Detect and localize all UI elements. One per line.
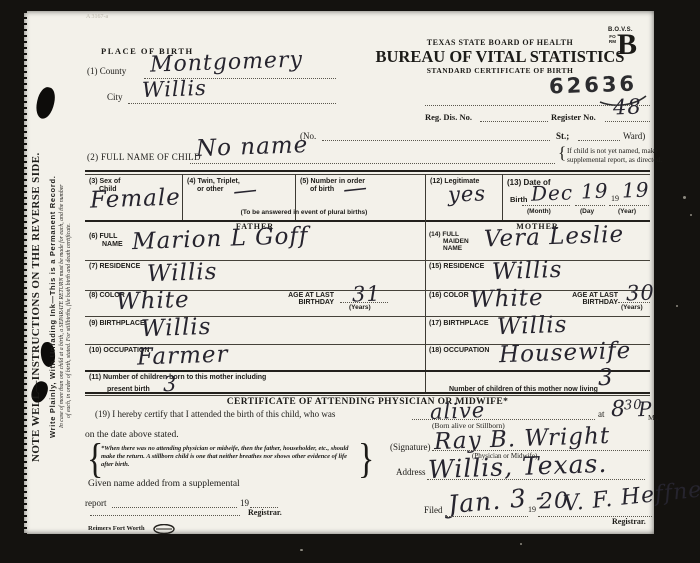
margin-note-reverse-side: NOTE WELL—INSTRUCTIONS ON THE REVERSE SI… bbox=[30, 152, 42, 462]
scan-noise bbox=[676, 305, 678, 307]
margin-note-permanent-record: Write Plainly, With Unfading Ink—This is… bbox=[48, 175, 57, 438]
board-title: TEXAS STATE BOARD OF HEALTH bbox=[365, 38, 635, 47]
cell-divider bbox=[182, 174, 183, 220]
street-ward-label: Ward) bbox=[623, 131, 645, 141]
city-label: City bbox=[107, 92, 123, 102]
registrar-left-label: Registrar. bbox=[248, 508, 282, 517]
father-birthplace-label: (9) BIRTHPLACE bbox=[89, 320, 145, 327]
twin-label-2: or other bbox=[197, 186, 223, 193]
mother-birthplace-label: (17) BIRTHPLACE bbox=[429, 320, 489, 327]
mother-name-label-2: MAIDEN bbox=[443, 238, 469, 245]
unnamed-note-line2: supplemental report, as directed. bbox=[567, 155, 662, 164]
margin-note-separate-return-2: of each, in order of birth, stated. For … bbox=[66, 223, 72, 418]
perforated-edge bbox=[24, 11, 27, 534]
order-label-2: of birth bbox=[310, 186, 334, 193]
mother-name-label-3: NAME bbox=[443, 245, 462, 252]
mother-age-line bbox=[618, 302, 650, 303]
margin-note-separate-return-1: In case of more than one child at a birt… bbox=[59, 184, 65, 428]
child-name-value: No name bbox=[196, 132, 309, 162]
no-physician-note: *When there was no attending physician o… bbox=[101, 445, 357, 469]
scan-noise bbox=[520, 543, 522, 545]
physician-cert-title: CERTIFICATE OF ATTENDING PHYSICIAN OR MI… bbox=[85, 397, 650, 407]
year-line bbox=[609, 205, 649, 206]
day-line bbox=[575, 205, 605, 206]
m-label: M., bbox=[648, 413, 658, 422]
cell-divider bbox=[502, 174, 503, 220]
birth-month-value: Dec bbox=[531, 180, 574, 205]
signature-label: (Signature) bbox=[390, 442, 431, 452]
mother-name-value: Vera Leslie bbox=[484, 222, 625, 253]
father-name-label-2: NAME bbox=[102, 241, 123, 248]
county-label: (1) County bbox=[87, 66, 126, 76]
sex-value: Female bbox=[90, 184, 182, 213]
city-line bbox=[128, 103, 336, 104]
children-living-value: 3 bbox=[598, 365, 615, 392]
father-age-line bbox=[340, 302, 388, 303]
city-value: Willis bbox=[142, 76, 208, 102]
scan-noise bbox=[690, 214, 692, 216]
filed-year-printed: 19 bbox=[528, 505, 536, 514]
father-residence-label: (7) RESIDENCE bbox=[89, 263, 140, 270]
supplemental-line: Given name added from a supplemental bbox=[88, 479, 240, 489]
bureau-title: BUREAU OF VITAL STATISTICS bbox=[365, 47, 635, 67]
twin-value: — bbox=[232, 175, 260, 205]
mother-years-caption: (Years) bbox=[621, 304, 643, 311]
faint-plate-mark: A 3167-a bbox=[86, 14, 108, 20]
father-residence-value: Willis bbox=[147, 259, 218, 287]
printer-credit: Reimers Fort Worth bbox=[88, 525, 145, 532]
report-label: report bbox=[85, 498, 107, 508]
day-caption: (Day bbox=[580, 208, 594, 215]
report-line bbox=[112, 507, 237, 508]
street-ward-line bbox=[578, 140, 620, 141]
year-caption: (Year) bbox=[618, 208, 636, 215]
register-label: Register No. bbox=[551, 112, 596, 122]
report-year-printed: 19 bbox=[240, 498, 249, 508]
rule bbox=[85, 392, 650, 394]
reg-dis-line bbox=[480, 121, 548, 122]
father-occupation-value: Farmer bbox=[137, 341, 229, 370]
born-alive-line bbox=[412, 419, 595, 420]
unnamed-note-line1: If child is not yet named, make bbox=[567, 146, 658, 155]
birth-year-value: 19 bbox=[622, 178, 650, 203]
father-birthplace-value: Willis bbox=[141, 314, 212, 342]
certify-text: (19) I hereby certify that I attended th… bbox=[95, 409, 335, 419]
mother-birthplace-value: Willis bbox=[497, 312, 568, 340]
unnamed-note-brace: { bbox=[558, 143, 566, 163]
father-years-caption: (Years) bbox=[349, 304, 371, 311]
mother-residence-label: (15) RESIDENCE bbox=[429, 263, 484, 270]
rule bbox=[85, 170, 650, 172]
column-divider bbox=[425, 220, 426, 392]
scanned-birth-certificate: { "colors": {"paper":"#f3f1ea","ink":"#1… bbox=[0, 0, 700, 563]
month-line bbox=[522, 205, 570, 206]
reg-dis-label: Reg. Dis. No. bbox=[425, 112, 472, 122]
birth-word-label: Birth bbox=[510, 195, 528, 204]
at-label: at bbox=[598, 409, 605, 419]
scan-noise bbox=[300, 549, 303, 551]
cell-divider bbox=[425, 174, 426, 220]
registrar-left-line bbox=[90, 515, 240, 516]
mother-color-value: White bbox=[470, 285, 545, 314]
bovs-form-logo: B.O.V.S. FORM B bbox=[608, 27, 652, 57]
birth-year-printed: 19 bbox=[611, 194, 619, 203]
rule bbox=[85, 174, 650, 175]
child-name-line bbox=[190, 163, 555, 164]
father-color-value: White bbox=[116, 287, 191, 316]
legitimate-value: yes bbox=[448, 181, 487, 206]
register-value: 48 bbox=[613, 95, 643, 120]
street-no-line bbox=[322, 140, 550, 141]
month-caption: (Month) bbox=[527, 208, 551, 215]
registrar-right-label: Registrar. bbox=[612, 517, 646, 526]
children-born-label: (11) Number of children born to this mot… bbox=[89, 374, 266, 381]
sex-label-1: (3) Sex of bbox=[89, 178, 121, 185]
mother-color-label: (16) COLOR bbox=[429, 292, 469, 299]
order-value: — bbox=[342, 173, 370, 203]
filed-label: Filed bbox=[424, 505, 443, 515]
mother-occupation-label: (18) OCCUPATION bbox=[429, 347, 489, 354]
address-label: Address bbox=[396, 467, 426, 477]
mother-occupation-value: Housewife bbox=[499, 338, 632, 369]
county-value: Montgomery bbox=[150, 47, 304, 77]
birth-day-value: 19 bbox=[581, 179, 609, 204]
filed-line bbox=[446, 516, 528, 517]
father-age-label-1: AGE AT LAST bbox=[262, 292, 334, 299]
rule bbox=[85, 395, 650, 396]
mother-residence-value: Willis bbox=[492, 257, 563, 285]
mother-age-label-1: AGE AT LAST bbox=[550, 292, 618, 299]
mother-name-label-1: (14) FULL bbox=[429, 231, 459, 238]
scan-noise bbox=[683, 196, 686, 199]
logo-form-text: FORM bbox=[608, 35, 617, 45]
printer-union-logo bbox=[153, 524, 175, 534]
father-age-label-2: BIRTHDAY bbox=[262, 299, 334, 306]
mother-age-label-2: BIRTHDAY bbox=[550, 299, 618, 306]
plural-births-note: (To be answered in event of plural birth… bbox=[188, 209, 420, 216]
street-st-label: St.; bbox=[556, 131, 569, 141]
address-line bbox=[427, 479, 645, 480]
child-name-label: (2) FULL NAME OF CHILD bbox=[87, 152, 201, 162]
logo-letter-b: B bbox=[617, 33, 637, 57]
register-line bbox=[605, 121, 650, 122]
father-name-label-1: (6) FULL bbox=[89, 233, 117, 240]
note-brace-close: } bbox=[358, 436, 374, 484]
